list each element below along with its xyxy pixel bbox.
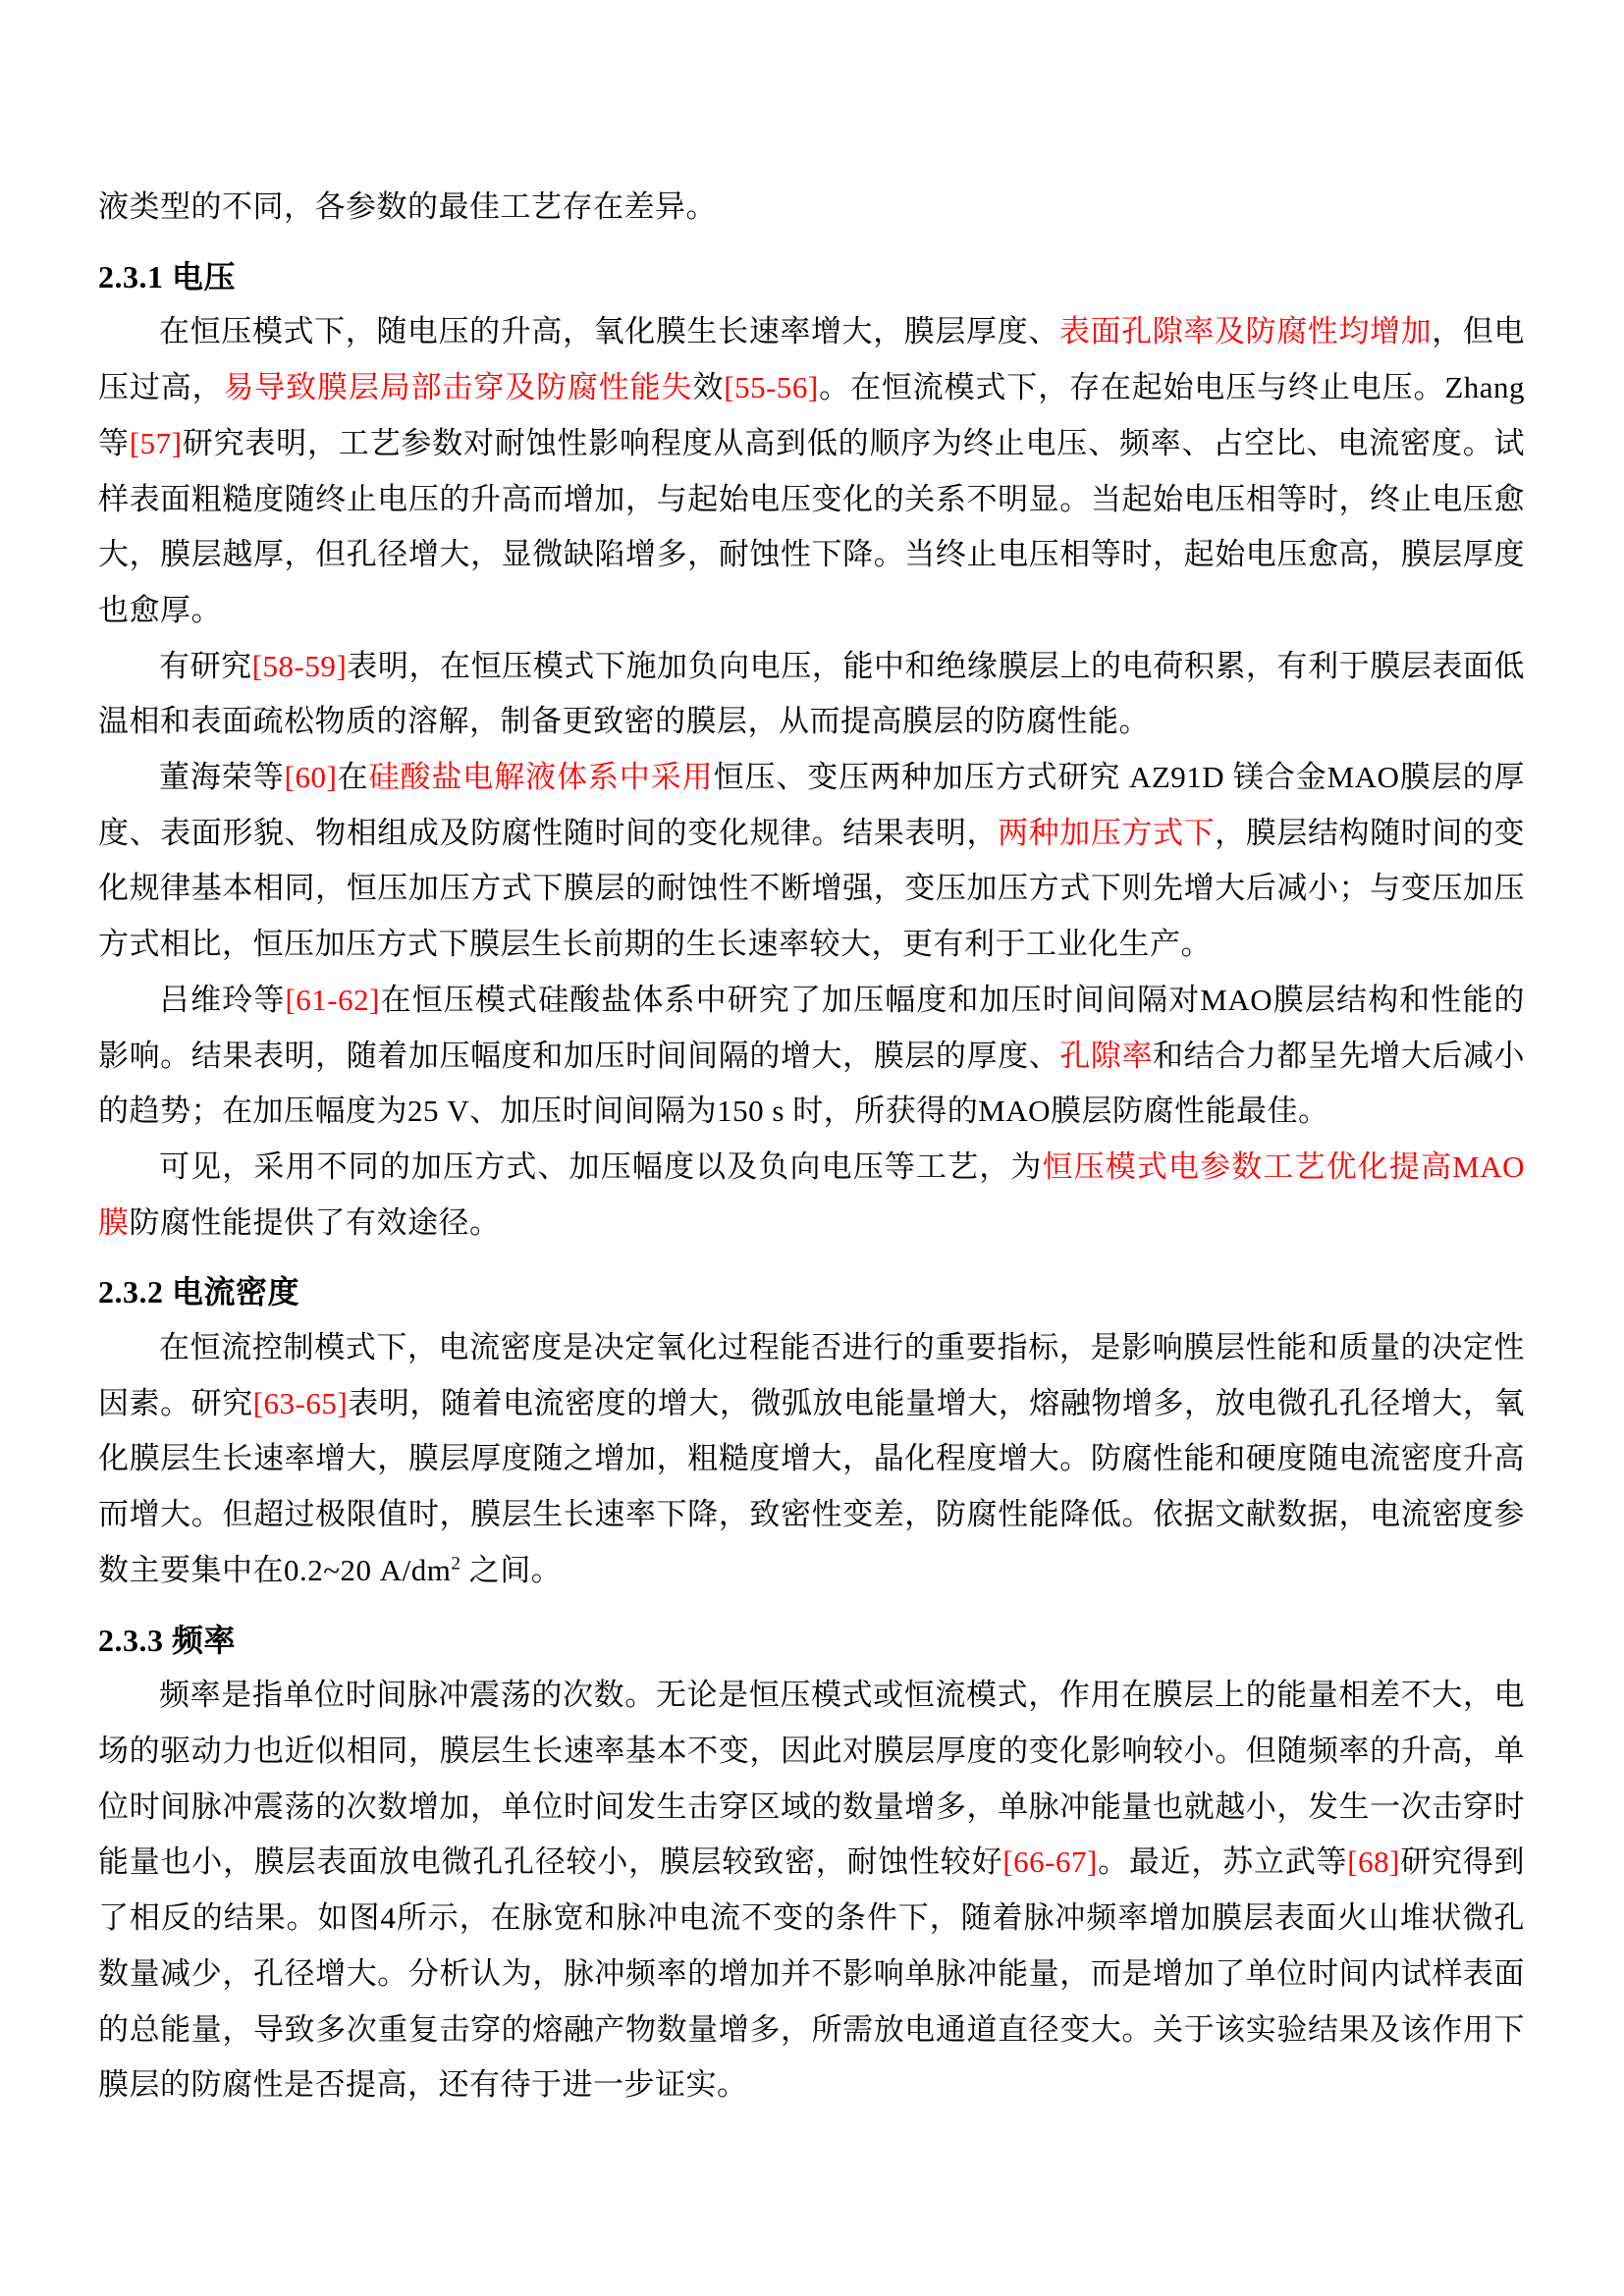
body-text: 2.3.3 频率 bbox=[98, 1623, 236, 1658]
body-text: 在 bbox=[337, 760, 368, 794]
paragraph-dong-hairong-study: 董海荣等[60]在硅酸盐电解液体系中采用恒压、变压两种加压方式研究 AZ91D … bbox=[98, 750, 1525, 973]
body-text: 。最近，苏立武等 bbox=[1098, 1844, 1347, 1879]
paragraph-lv-weiling-study: 吕维玲等[61-62]在恒压模式硅酸盐体系中研究了加压幅度和加压时间间隔对MAO… bbox=[98, 973, 1525, 1140]
revision-text: [58-59] bbox=[252, 649, 347, 683]
paragraph-voltage-modes: 在恒压模式下，随电压的升高，氧化膜生长速率增大，膜层厚度、表面孔隙率及防腐性均增… bbox=[98, 304, 1525, 638]
body-text: 2 bbox=[451, 1554, 460, 1575]
revision-text: 硅酸盐电解液体系中采用 bbox=[369, 760, 714, 794]
body-text: 之间。 bbox=[461, 1553, 563, 1587]
heading-2-3-2-current-density: 2.3.2 电流密度 bbox=[98, 1264, 1525, 1320]
revision-text: [57] bbox=[130, 426, 183, 460]
revision-text: 易导致膜层局部击穿及防腐性能失 bbox=[223, 370, 692, 404]
paragraph-current-density: 在恒流控制模式下，电流密度是决定氧化过程能否进行的重要指标，是影响膜层性能和质量… bbox=[98, 1320, 1525, 1599]
body-text: 研究得到了相反的结果。如图4所示，在脉宽和脉冲电流不变的条件下，随着脉冲频率增加… bbox=[98, 1844, 1525, 2102]
body-text: 在恒压模式下，随电压的升高，氧化膜生长速率增大，膜层厚度、 bbox=[159, 314, 1059, 348]
heading-2-3-1-voltage: 2.3.1 电压 bbox=[98, 249, 1525, 305]
continuation-paragraph: 液类型的不同，各参数的最佳工艺存在差异。 bbox=[98, 180, 1525, 236]
revision-text: [61-62] bbox=[285, 983, 379, 1017]
body-text: 2.3.2 电流密度 bbox=[98, 1274, 299, 1309]
revision-text: 两种加压方式下 bbox=[998, 816, 1215, 850]
document-page: 液类型的不同，各参数的最佳工艺存在差异。2.3.1 电压在恒压模式下，随电压的升… bbox=[0, 0, 1624, 2296]
paragraph-negative-voltage: 有研究[58-59]表明，在恒压模式下施加负向电压，能中和绝缘膜层上的电荷积累，… bbox=[98, 639, 1525, 750]
body-text: 防腐性能提供了有效途径。 bbox=[130, 1205, 501, 1240]
body-text: 董海荣等 bbox=[159, 760, 285, 794]
revision-text: [66-67] bbox=[1002, 1844, 1097, 1879]
paragraph-frequency: 频率是指单位时间脉冲震荡的次数。无论是恒压模式或恒流模式，作用在膜层上的能量相差… bbox=[98, 1668, 1525, 2113]
body-text: 效 bbox=[692, 370, 724, 404]
revision-text: 表面孔隙率及防腐性均增加 bbox=[1059, 314, 1432, 348]
body-text: 吕维玲等 bbox=[159, 983, 285, 1017]
body-text: 有研究 bbox=[159, 649, 252, 683]
revision-text: [63-65] bbox=[253, 1386, 348, 1420]
body-text: 研究表明，工艺参数对耐蚀性影响程度从高到低的顺序为终止电压、频率、占空比、电流密… bbox=[98, 426, 1525, 627]
document-body: 液类型的不同，各参数的最佳工艺存在差异。2.3.1 电压在恒压模式下，随电压的升… bbox=[98, 180, 1525, 2113]
revision-text: [60] bbox=[285, 760, 338, 794]
body-text: 液类型的不同，各参数的最佳工艺存在差异。 bbox=[98, 189, 717, 224]
revision-text: [55-56] bbox=[724, 370, 818, 404]
heading-2-3-3-frequency: 2.3.3 频率 bbox=[98, 1613, 1525, 1669]
revision-text: [68] bbox=[1347, 1844, 1400, 1879]
body-text: 可见，采用不同的加压方式、加压幅度以及负向电压等工艺，为 bbox=[159, 1149, 1043, 1184]
body-text: 2.3.1 电压 bbox=[98, 259, 236, 294]
revision-text: 孔隙率 bbox=[1059, 1039, 1153, 1073]
paragraph-voltage-summary: 可见，采用不同的加压方式、加压幅度以及负向电压等工艺，为恒压模式电参数工艺优化提… bbox=[98, 1140, 1525, 1251]
